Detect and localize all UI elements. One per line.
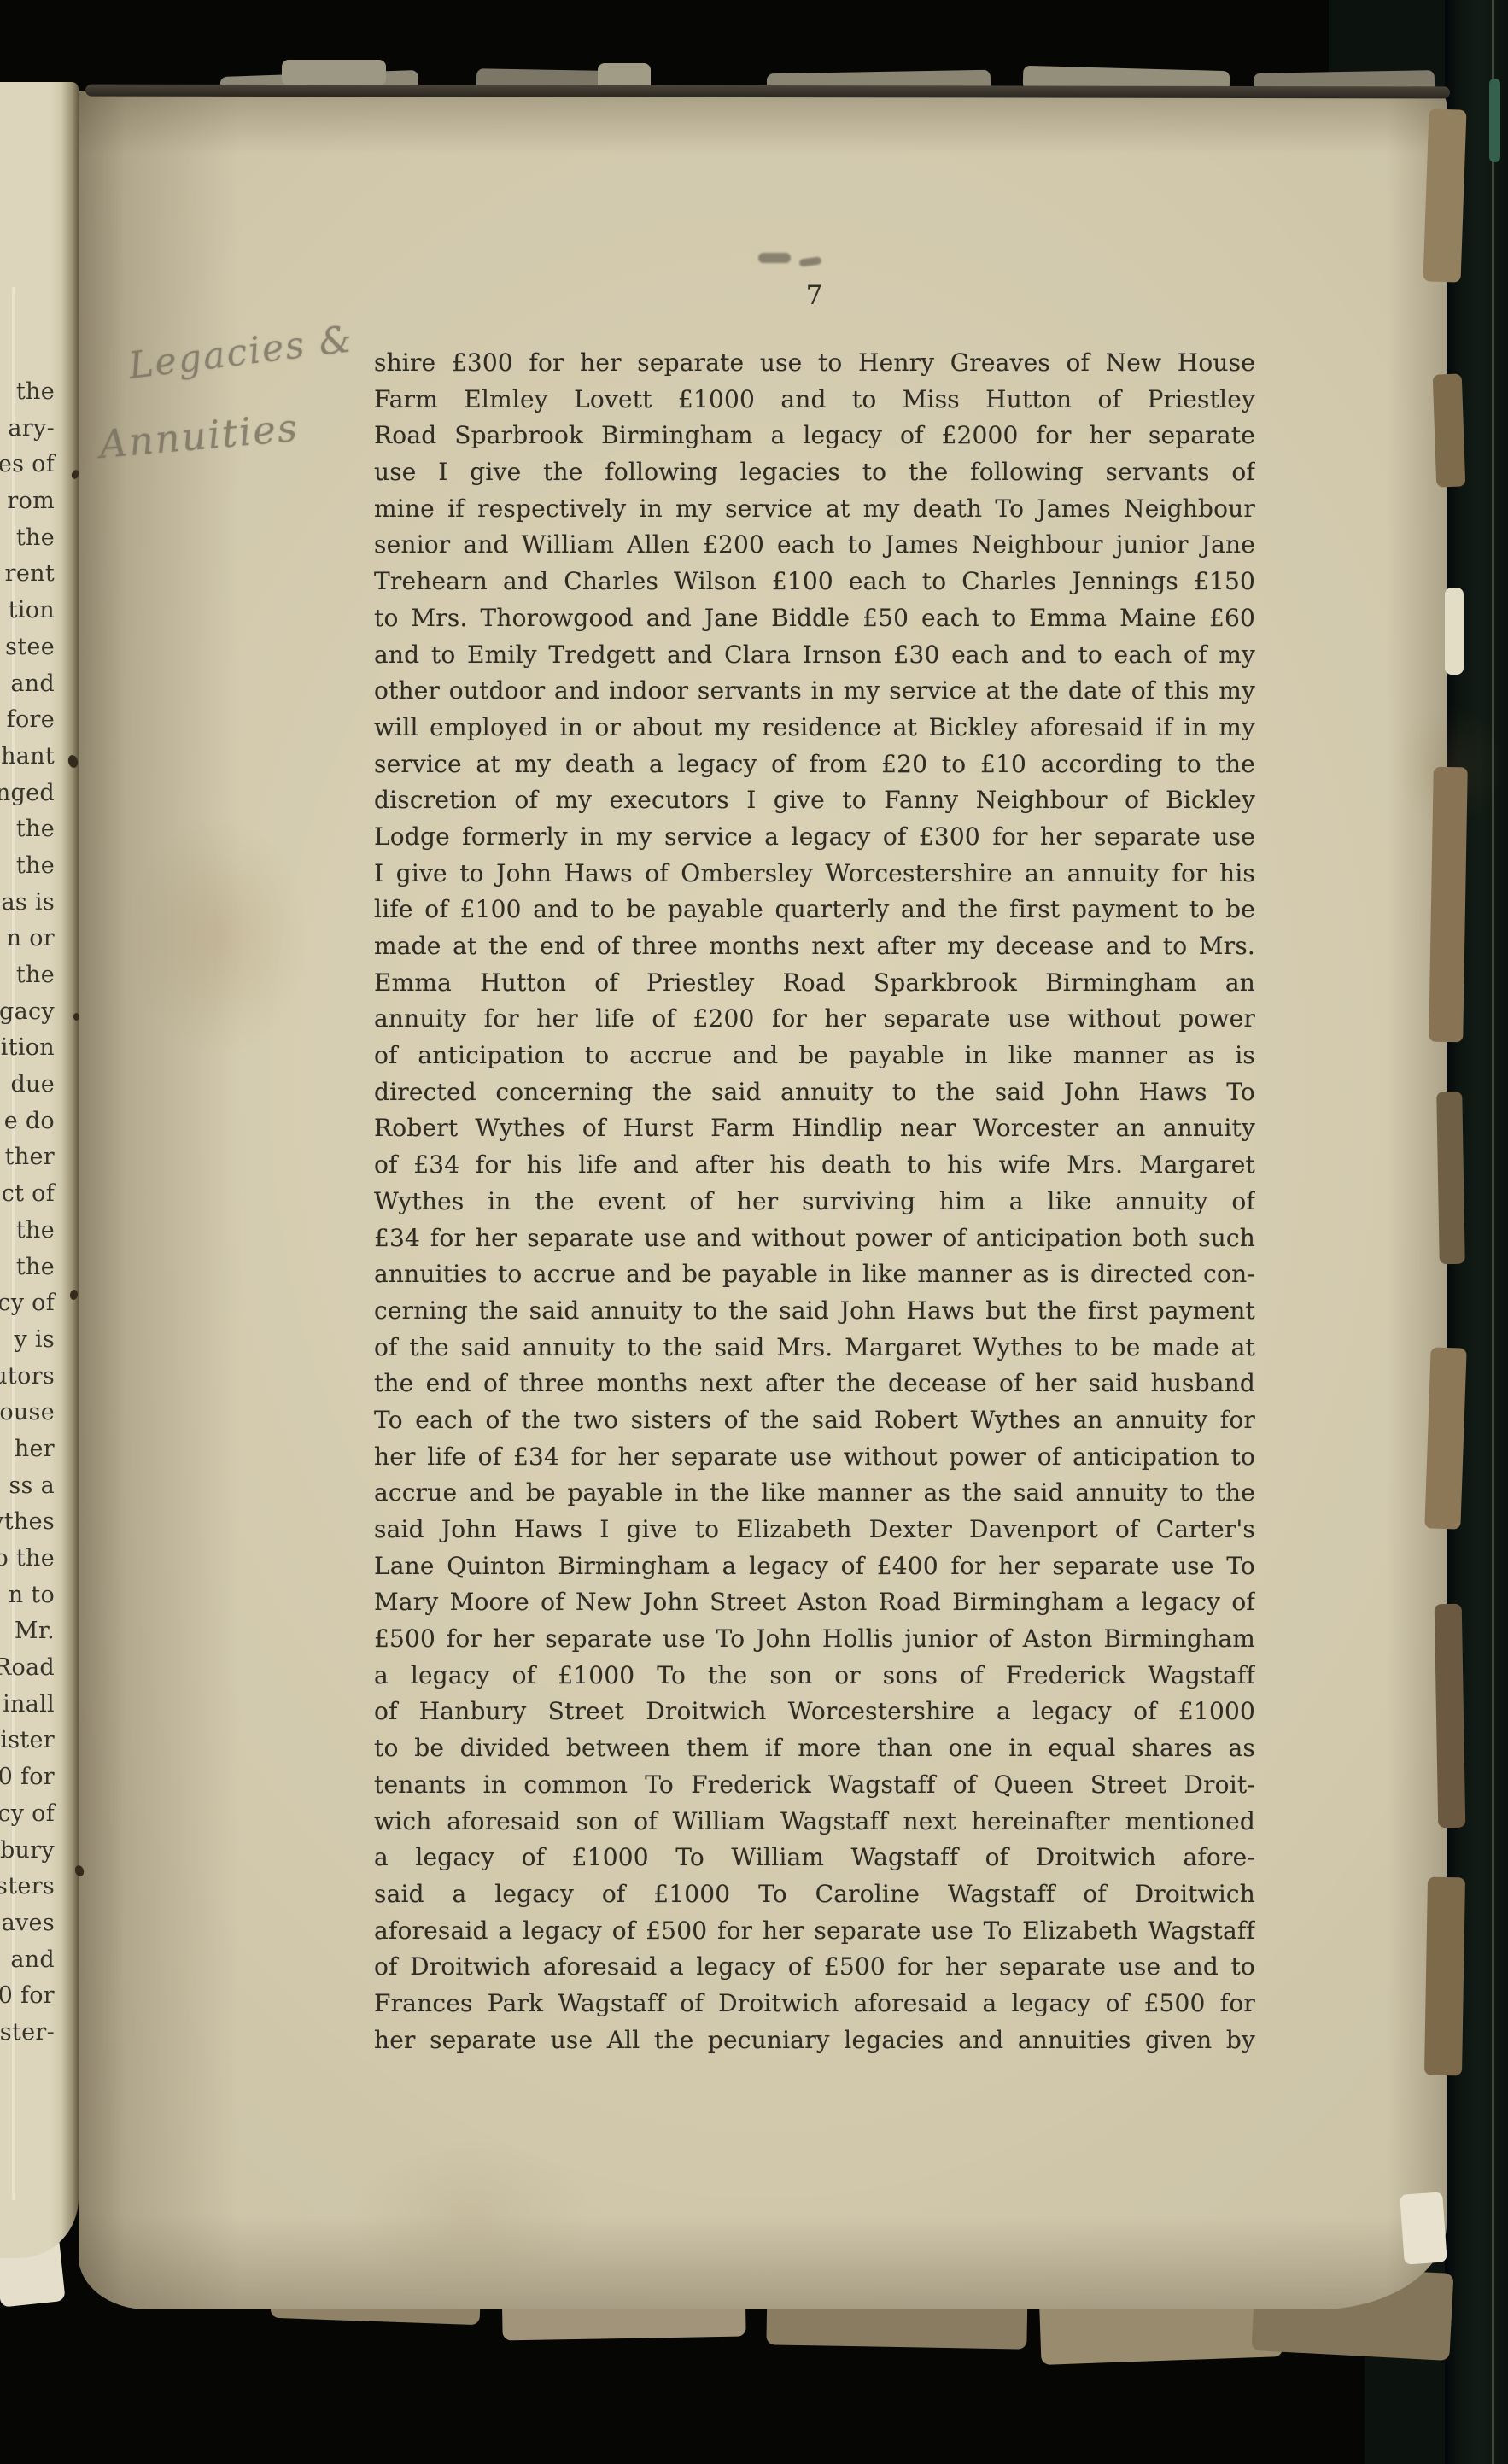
- margin-fragment: 0 for: [0, 1978, 55, 2015]
- text-line: annuity for her life of £200 for her sep…: [374, 1001, 1255, 1038]
- text-line: £500 for her separate use To John Hollis…: [374, 1621, 1255, 1658]
- margin-fragment: ythes: [0, 1504, 55, 1541]
- text-line: accrue and be payable in the like manner…: [374, 1475, 1255, 1512]
- text-line: her separate use All the pecuniary legac…: [374, 2022, 1255, 2059]
- margin-fragment: ester-: [0, 2015, 55, 2051]
- text-line: other outdoor and indoor servants in my …: [374, 673, 1255, 710]
- facing-page-edge: theary-es ofromtherenttionsteeandforehan…: [0, 82, 79, 2258]
- text-line: will employed in or about my residence a…: [374, 710, 1255, 746]
- text-line: said John Haws I give to Elizabeth Dexte…: [374, 1512, 1255, 1548]
- text-line: her life of £34 for her separate use wit…: [374, 1439, 1255, 1476]
- margin-fragment: inall: [0, 1687, 55, 1724]
- margin-fragment: Mr.: [0, 1613, 55, 1650]
- text-line: Road Sparbrook Birmingham a legacy of £2…: [374, 418, 1255, 454]
- binding-speck: [73, 1013, 79, 1021]
- text-line: £34 for her separate use and without pow…: [374, 1220, 1255, 1257]
- page-number: 7: [779, 280, 850, 311]
- margin-fragment: gacy: [0, 994, 55, 1031]
- text-line: use I give the following legacies to the…: [374, 454, 1255, 491]
- margin-fragment: bury: [0, 1833, 55, 1870]
- text-line: Trehearn and Charles Wilson £100 each to…: [374, 564, 1255, 600]
- margin-fragment: rent: [0, 556, 55, 593]
- margin-fragment: n to: [0, 1577, 55, 1614]
- text-line: cerning the said annuity to the said Joh…: [374, 1293, 1255, 1330]
- text-line: said a legacy of £1000 To Caroline Wagst…: [374, 1876, 1255, 1913]
- margin-fragment: e do: [0, 1103, 55, 1140]
- page-top-edge-shadow: [85, 85, 1450, 99]
- margin-fragment: es of: [0, 447, 55, 483]
- margin-fragment: cy of: [0, 1285, 55, 1322]
- margin-fragment: ss a: [0, 1468, 55, 1505]
- text-line: made at the end of three months next aft…: [374, 928, 1255, 965]
- crumpled-page-edge: [282, 60, 386, 85]
- text-line: To each of the two sisters of the said R…: [374, 1402, 1255, 1439]
- text-line: I give to John Haws of Ombersley Worcest…: [374, 856, 1255, 893]
- repair-tape: [1424, 1877, 1465, 2076]
- margin-fragment: cy of: [0, 1796, 55, 1833]
- margin-fragment: as is: [0, 885, 55, 922]
- text-line: wich aforesaid son of William Wagstaff n…: [374, 1804, 1255, 1841]
- text-line: senior and William Allen £200 each to Ja…: [374, 527, 1255, 564]
- text-line: directed concerning the said annuity to …: [374, 1074, 1255, 1111]
- margin-fragment: tion: [0, 593, 55, 629]
- paper-stain: [128, 816, 307, 1056]
- text-line: annuities to accrue and be payable in li…: [374, 1256, 1255, 1293]
- text-line: Frances Park Wagstaff of Droitwich afore…: [374, 1986, 1255, 2022]
- text-line: mine if respectively in my service at my…: [374, 491, 1255, 528]
- ink-smudge: [758, 253, 791, 263]
- margin-fragment: ition: [0, 1030, 55, 1067]
- margin-fragment: ct of: [0, 1176, 55, 1213]
- margin-fragment: 0 for: [0, 1759, 55, 1796]
- text-line: Lodge formerly in my service a legacy of…: [374, 819, 1255, 856]
- margin-fragment: nged: [0, 775, 55, 812]
- margin-fragment: the: [0, 520, 55, 557]
- margin-fragment: n or: [0, 921, 55, 957]
- margin-fragment: ouse: [0, 1395, 55, 1431]
- text-line: discretion of my executors I give to Fan…: [374, 782, 1255, 819]
- margin-fragment: her: [0, 1431, 55, 1468]
- margin-fragment: the: [0, 1213, 55, 1250]
- margin-fragment: the: [0, 1250, 55, 1286]
- margin-fragment: the: [0, 374, 55, 411]
- text-line: tenants in common To Frederick Wagstaff …: [374, 1767, 1255, 1804]
- margin-fragment: o the: [0, 1541, 55, 1577]
- will-body-text: shire £300 for her separate use to Henry…: [374, 345, 1255, 2058]
- text-line: aforesaid a legacy of £500 for her separ…: [374, 1913, 1255, 1950]
- text-line: of £34 for his life and after his death …: [374, 1147, 1255, 1184]
- margin-fragment: due: [0, 1067, 55, 1103]
- text-line: of anticipation to accrue and be payable…: [374, 1038, 1255, 1074]
- cover-cloth-highlight: [1489, 79, 1500, 162]
- repair-tape: [1445, 588, 1464, 675]
- text-line: Wythes in the event of her surviving him…: [374, 1184, 1255, 1220]
- repair-tape: [1400, 2192, 1447, 2264]
- text-line: shire £300 for her separate use to Henry…: [374, 345, 1255, 382]
- text-line: Lane Quinton Birmingham a legacy of £400…: [374, 1548, 1255, 1585]
- text-line: of the said annuity to the said Mrs. Mar…: [374, 1330, 1255, 1367]
- margin-fragment: eaves: [0, 1905, 55, 1942]
- text-line: life of £100 and to be payable quarterly…: [374, 892, 1255, 928]
- cover-seam-line: [1492, 0, 1494, 2464]
- repair-tape: [1423, 108, 1466, 282]
- margin-fragment: the: [0, 811, 55, 848]
- text-line: to be divided between them if more than …: [374, 1730, 1255, 1767]
- text-line: service at my death a legacy of from £20…: [374, 746, 1255, 783]
- margin-fragment: ary-: [0, 411, 55, 448]
- text-line: the end of three months next after the d…: [374, 1366, 1255, 1402]
- repair-tape: [1435, 1604, 1466, 1829]
- text-line: Mary Moore of New John Street Aston Road…: [374, 1584, 1255, 1621]
- margin-fragment: sister: [0, 1723, 55, 1759]
- margin-fragment: the: [0, 848, 55, 885]
- text-line: Farm Elmley Lovett £1000 and to Miss Hut…: [374, 382, 1255, 418]
- repair-tape: [1433, 373, 1466, 487]
- facing-page-text-fragments: theary-es ofromtherenttionsteeandforehan…: [0, 374, 55, 2051]
- margin-fragment: Road: [0, 1650, 55, 1687]
- margin-fragment: sters: [0, 1869, 55, 1905]
- repair-tape: [1424, 1347, 1466, 1529]
- text-line: a legacy of £1000 To William Wagstaff of…: [374, 1840, 1255, 1876]
- margin-fragment: the: [0, 957, 55, 994]
- margin-fragment: hant: [0, 739, 55, 775]
- repair-tape: [1436, 1092, 1465, 1264]
- paper-stain: [352, 2140, 591, 2294]
- margin-fragment: ther: [0, 1139, 55, 1176]
- margin-fragment: and: [0, 1942, 55, 1979]
- repair-tape: [1429, 767, 1468, 1043]
- margin-fragment: and: [0, 666, 55, 703]
- book-scan: theary-es ofromtherenttionsteeandforehan…: [0, 0, 1508, 2464]
- text-line: to Mrs. Thorowgood and Jane Biddle £50 e…: [374, 600, 1255, 637]
- margin-fragment: utors: [0, 1359, 55, 1396]
- margin-fragment: y is: [0, 1322, 55, 1359]
- text-line: of Droitwich aforesaid a legacy of £500 …: [374, 1949, 1255, 1986]
- margin-fragment: rom: [0, 483, 55, 520]
- text-line: and to Emily Tredgett and Clara Irnson £…: [374, 637, 1255, 674]
- text-line: a legacy of £1000 To the son or sons of …: [374, 1658, 1255, 1694]
- text-line: Robert Wythes of Hurst Farm Hindlip near…: [374, 1110, 1255, 1147]
- text-line: of Hanbury Street Droitwich Worcestershi…: [374, 1694, 1255, 1730]
- text-line: Emma Hutton of Priestley Road Sparkbrook…: [374, 965, 1255, 1002]
- margin-fragment: fore: [0, 702, 55, 739]
- margin-fragment: stee: [0, 629, 55, 666]
